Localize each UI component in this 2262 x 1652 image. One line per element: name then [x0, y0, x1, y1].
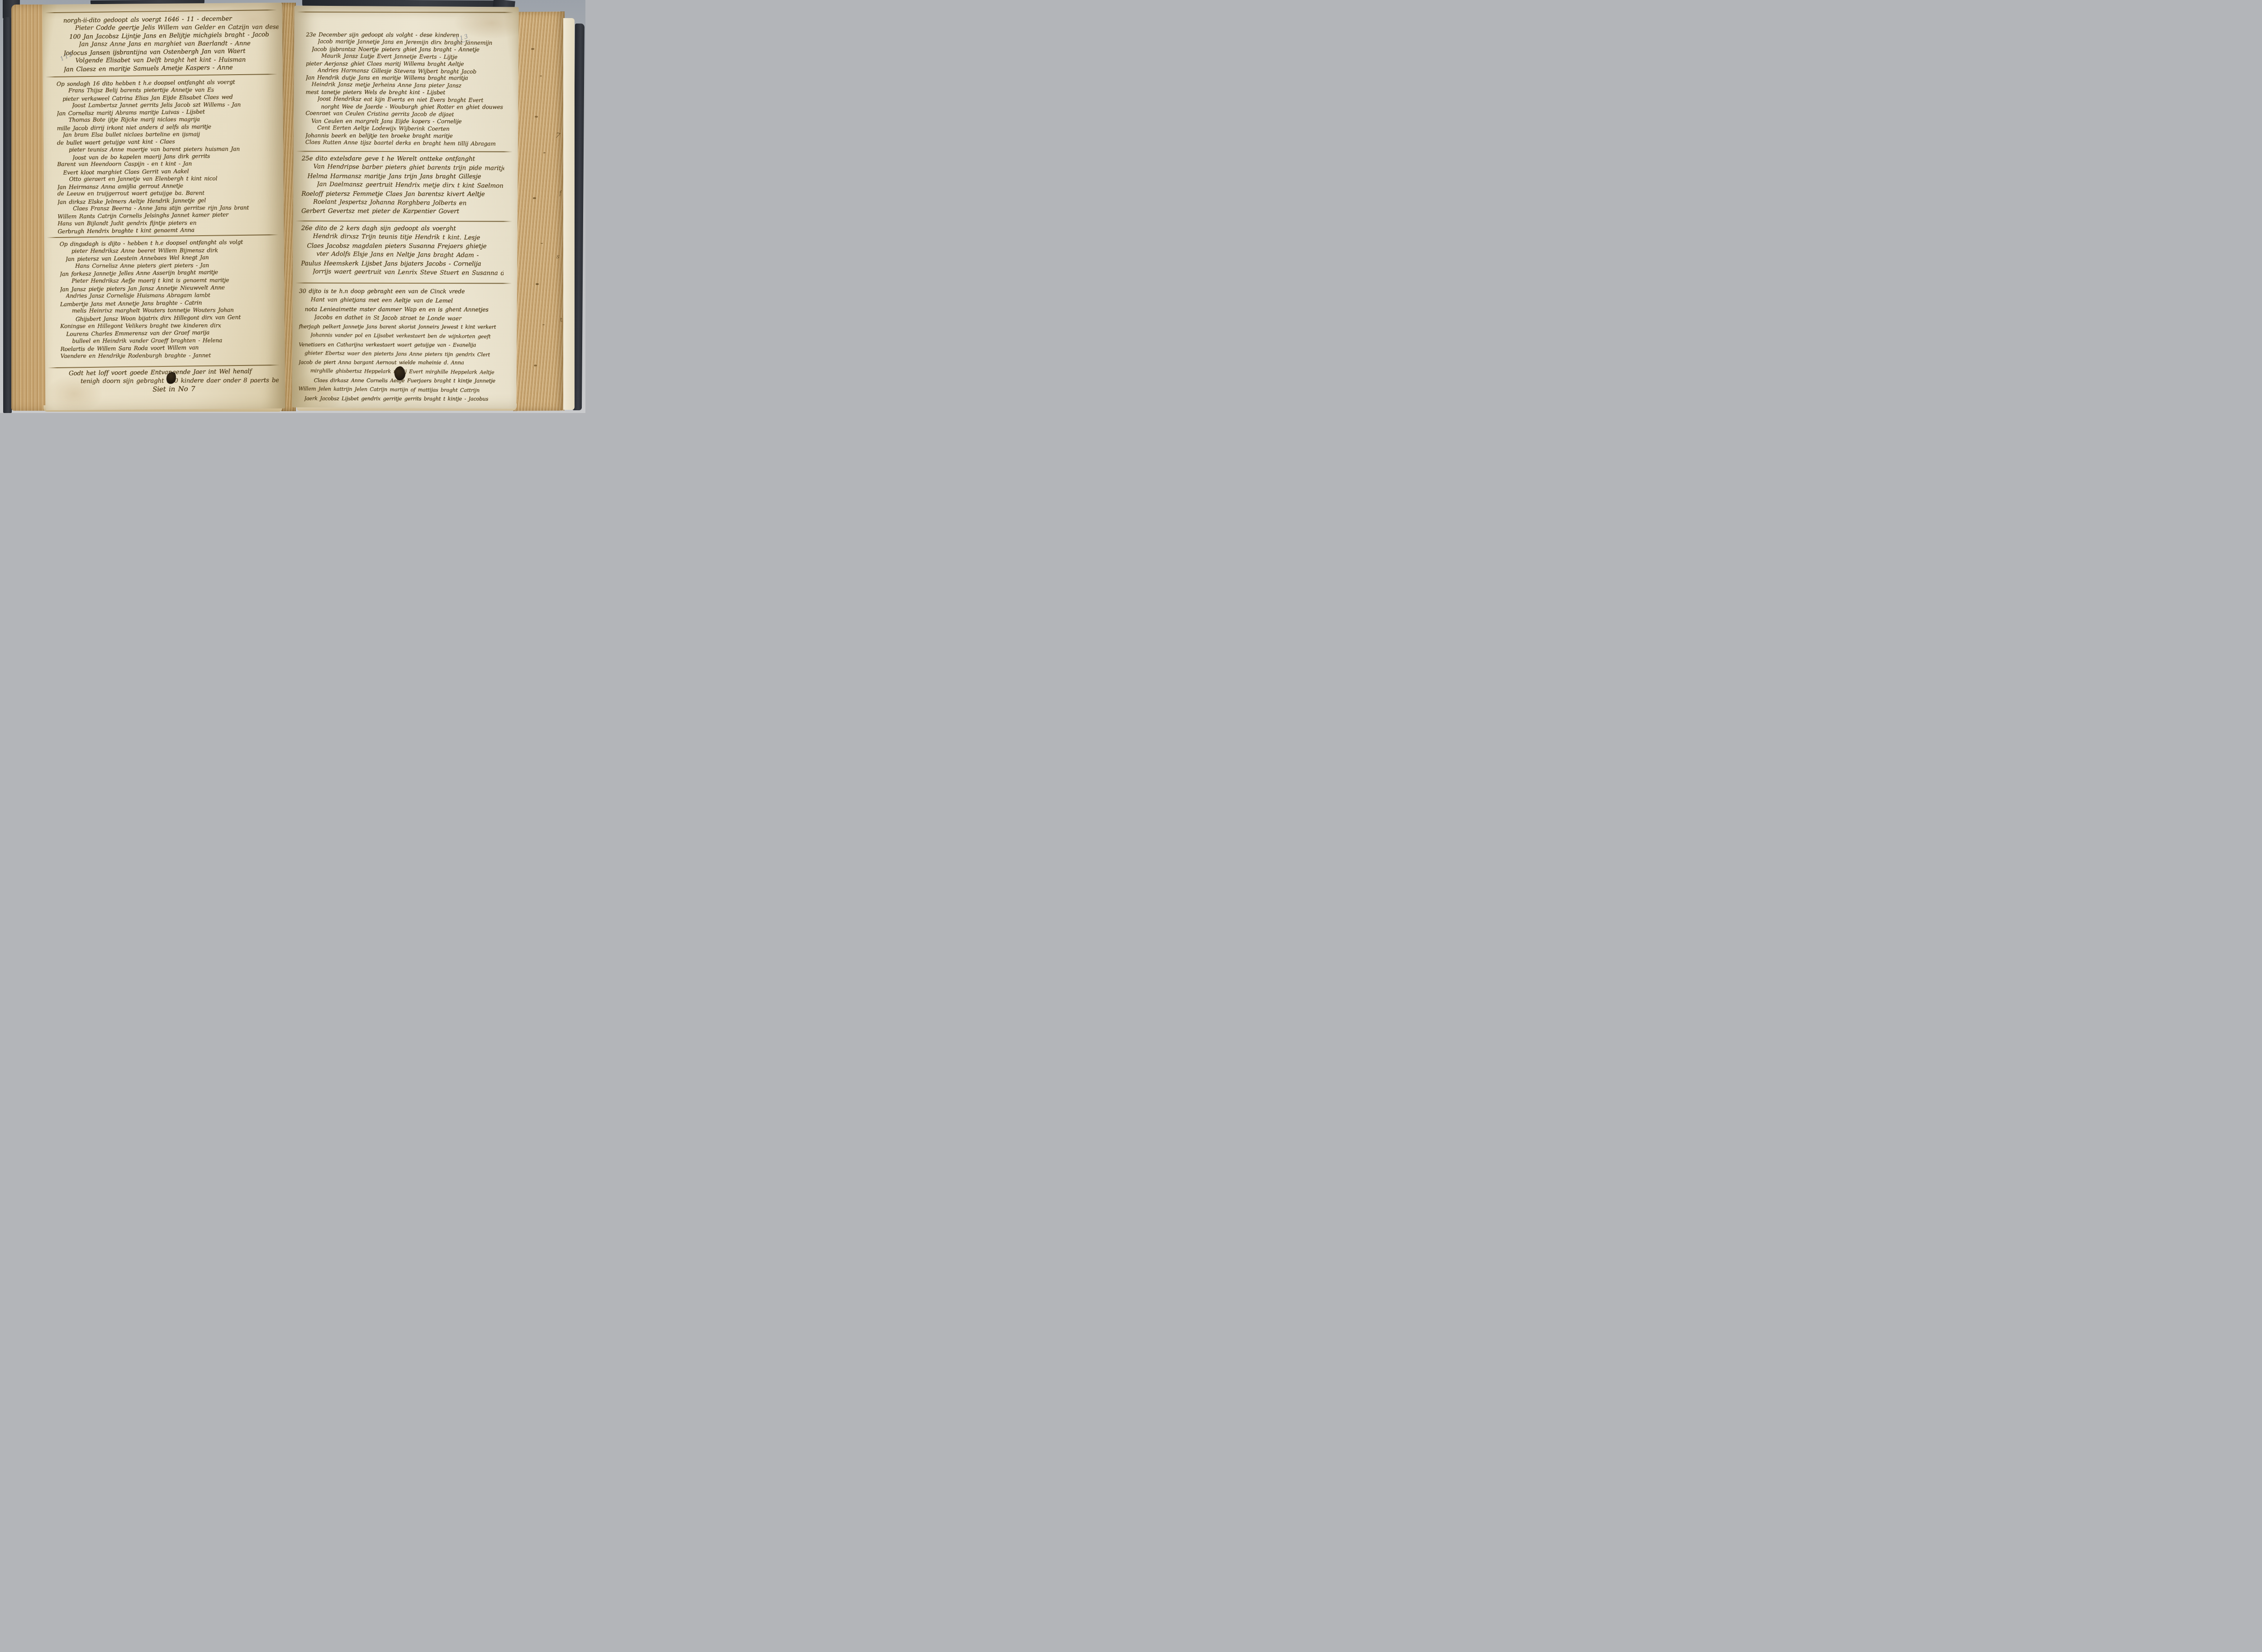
manuscript-line: Johannis beerk en belijtje ten broeke br… [305, 132, 506, 140]
ink-rule [47, 234, 279, 238]
right-page-december-23-section: 23e December sijn gedoopt als volght - d… [305, 31, 507, 147]
manuscript-line: mirghille ghisbertsz Heppelark marij Eve… [310, 366, 508, 377]
ink-rule [297, 12, 513, 13]
manuscript-line: Jorrijs waert geertruit van Lenrix Steve… [313, 267, 504, 278]
manuscript-line: pieter Aerjansz ghiet Claes maritj Wille… [306, 60, 507, 68]
manuscript-line: Van Hendripse barber pieters ghiet baren… [313, 162, 504, 173]
left-page-tuesday-section: Op dingsdagh is dijto - hebben t h.e doo… [60, 238, 283, 360]
manuscript-line: Paulus Heemskerk Lijsbet Jans bijaters J… [301, 259, 504, 268]
photograph-of-open-baptism-register: 7 f s t norgh-ii-dito gedoopt als voergt… [0, 0, 585, 413]
left-page-header-entries: norgh-ii-dito gedoopt als voergt 1646 - … [63, 14, 279, 73]
manuscript-line: Jan Daelmansz geertruit Hendrix metje di… [317, 180, 504, 190]
left-page-sunday-16-dito-section: Op sondagh 16 dito hebben t h.e doopsel … [57, 78, 282, 235]
manuscript-line: Jaerk Jacobsz Lijsbet gendrix gerritje g… [304, 394, 507, 404]
fore-edge-mark: s [556, 253, 560, 260]
manuscript-line: Hant van ghietjans met een Aeltje van de… [311, 295, 508, 306]
manuscript-line: vter Adolfs Elsje Jans en Neltje Jans br… [316, 250, 504, 260]
endpaper-right [563, 18, 575, 410]
manuscript-line: Claes dirkasz Anne Cornelis Aeltje Fuerj… [314, 376, 508, 386]
ink-rule [295, 283, 512, 284]
manuscript-line: Maurik Jansz Lutje Evert Jannetje Everts… [321, 52, 507, 62]
right-page-30-dito-section: 30 dijto is te h.n doop gebraght een van… [298, 286, 508, 404]
manuscript-line: Vaendere en Hendrikje Rodenburgh braghte… [61, 351, 283, 360]
manuscript-line: Gerbert Gevertsz met pieter de Karpentie… [301, 207, 504, 216]
manuscript-line: Venetiaers en Catharijna verkestaert wae… [299, 340, 508, 350]
right-page-25-dito-section: 25e dito extelsdare geve t he Werelt ont… [301, 154, 504, 217]
right-page: 23e December sijn gedoopt als volght - d… [292, 5, 518, 408]
ink-rule [45, 9, 277, 13]
left-page: norgh-ii-dito gedoopt als voergt 1646 - … [42, 3, 285, 410]
manuscript-line: fherjagh pelkert Jannetje Jans barent sk… [299, 323, 508, 332]
manuscript-line: Claes Rutten Anne tijsz baartel derks en… [305, 139, 506, 147]
manuscript-line: Jacobs en dathet in St Jacob straet te L… [314, 313, 508, 323]
ink-rule [46, 74, 277, 77]
page-stack-fore-edge [513, 11, 565, 411]
right-page-26-dito-christmas-section: 26e dito de 2 kers dagh sijn gedoopt als… [301, 224, 504, 278]
ink-rule [296, 151, 513, 152]
ink-bleed-specks [531, 48, 534, 50]
manuscript-line: Willem Jelen kattrijn Jelen Catrijn mart… [298, 385, 507, 395]
manuscript-line: 30 dijto is te h.n doop gebraght een van… [299, 286, 508, 296]
book-cover-left-edge [3, 17, 12, 413]
manuscript-line: Hendrik dirxsz Trijn teunis titje Hendri… [313, 232, 504, 242]
manuscript-line: Johannis vander pol en Lijsabet verkesta… [310, 331, 508, 342]
manuscript-line: Roeloff pietersz Femmetje Claes Jan bare… [301, 190, 504, 199]
ink-rule [296, 221, 512, 222]
